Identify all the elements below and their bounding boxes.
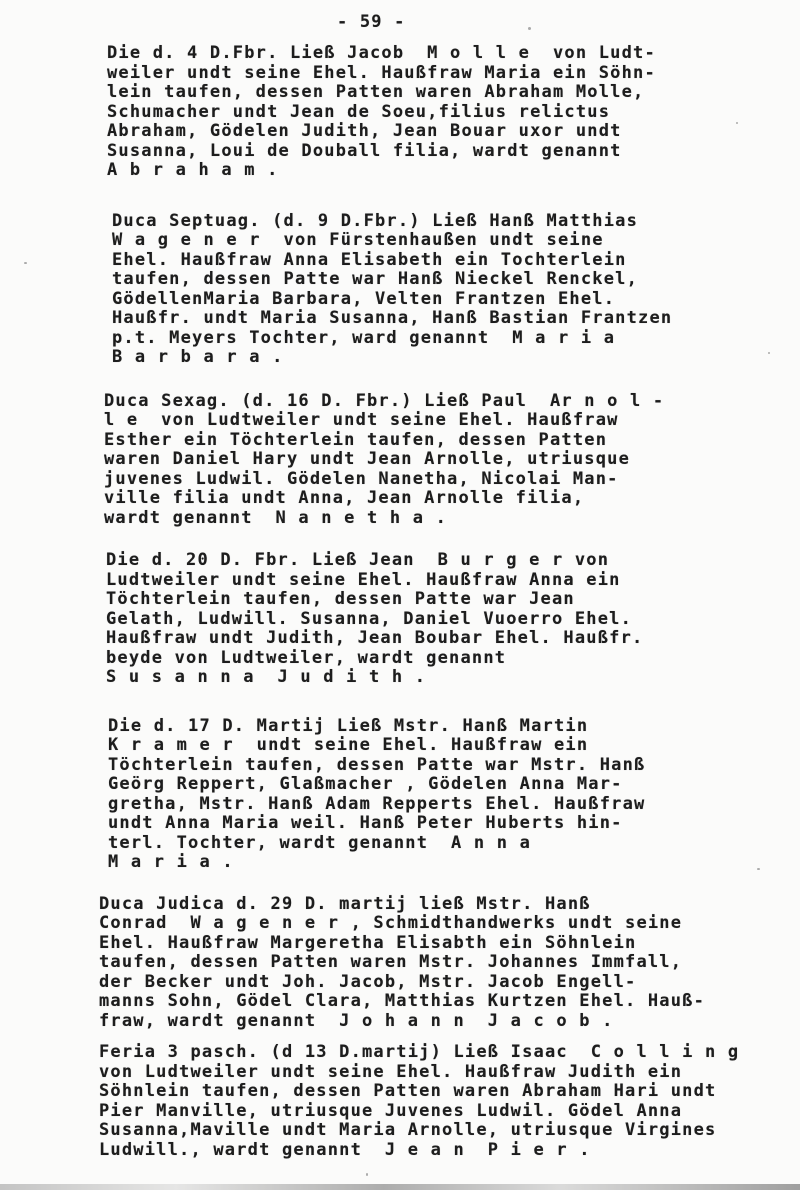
- text-line: Töchterlein taufen, dessen Patte war Jea…: [106, 590, 800, 610]
- text-line: Ludwill., wardt genannt J e a n P i e r …: [99, 1141, 800, 1161]
- text-line: wardt genannt N a n e t h a .: [104, 509, 800, 529]
- page-body: Die d. 4 D.Fbr. Ließ Jacob M o l l e von…: [0, 44, 800, 1160]
- text-line: lein taufen, dessen Patten waren Abraham…: [107, 83, 800, 103]
- paragraph-3: Duca Sexag. (d. 16 D. Fbr.) Ließ Paul Ar…: [104, 392, 800, 529]
- text-line: manns Sohn, Gödel Clara, Matthias Kurtze…: [99, 992, 800, 1012]
- text-line: Susanna,Maville undt Maria Arnolle, utri…: [99, 1121, 800, 1141]
- text-line: Ehel. Haußfraw Margeretha Elisabth ein S…: [99, 934, 800, 954]
- text-line: W a g e n e r von Fürstenhaußen undt sei…: [112, 231, 800, 251]
- text-line: taufen, dessen Patten waren Mstr. Johann…: [99, 953, 800, 973]
- text-line: juvenes Ludwil. Gödelen Nanetha, Nicolai…: [104, 470, 800, 490]
- text-line: Söhnlein taufen, dessen Patten waren Abr…: [99, 1082, 800, 1102]
- text-line: Schumacher undt Jean de Soeu,filius reli…: [107, 103, 800, 123]
- text-line: Die d. 4 D.Fbr. Ließ Jacob M o l l e von…: [107, 44, 800, 64]
- text-line: undt Anna Maria weil. Hanß Peter Huberts…: [108, 814, 800, 834]
- text-line: waren Daniel Hary undt Jean Arnolle, utr…: [104, 450, 800, 470]
- text-line: Haußfr. undt Maria Susanna, Hanß Bastian…: [112, 309, 800, 329]
- text-line: terl. Tochter, wardt genannt A n n a: [108, 834, 800, 854]
- text-line: Gelath, Ludwill. Susanna, Daniel Vuoerro…: [106, 610, 800, 630]
- text-line: Susanna, Loui de Douball filia, wardt ge…: [107, 142, 800, 162]
- text-line: der Becker undt Joh. Jacob, Mstr. Jacob …: [99, 973, 800, 993]
- text-line: Duca Judica d. 29 D. martij ließ Mstr. H…: [99, 895, 800, 915]
- text-line: Töchterlein taufen, dessen Patte war Mst…: [108, 756, 800, 776]
- text-line: M a r i a .: [108, 853, 800, 873]
- text-line: Duca Septuag. (d. 9 D.Fbr.) Ließ Hanß Ma…: [112, 212, 800, 232]
- text-line: B a r b a r a .: [112, 348, 800, 368]
- text-line: Conrad W a g e n e r , Schmidthandwerks …: [99, 914, 800, 934]
- paragraph-4: Die d. 20 D. Fbr. Ließ Jean B u r g e r …: [106, 551, 800, 688]
- scan-noise: [366, 1173, 368, 1176]
- scan-noise: [24, 262, 27, 264]
- text-line: Esther ein Töchterlein taufen, dessen Pa…: [104, 431, 800, 451]
- scan-noise: [757, 868, 760, 870]
- text-line: ville filia undt Anna, Jean Arnolle fili…: [104, 489, 800, 509]
- scan-noise: [768, 352, 770, 354]
- text-line: A b r a h a m .: [107, 161, 800, 181]
- text-line: Die d. 20 D. Fbr. Ließ Jean B u r g e r …: [106, 551, 800, 571]
- text-line: fraw, wardt genannt J o h a n n J a c o …: [99, 1012, 800, 1032]
- paragraph-7: Feria 3 pasch. (d 13 D.martij) Ließ Isaa…: [99, 1043, 800, 1160]
- text-line: l e von Ludtweiler undt seine Ehel. Hauß…: [104, 411, 800, 431]
- text-line: von Ludtweiler undt seine Ehel. Haußfraw…: [99, 1063, 800, 1083]
- text-line: Ehel. Haußfraw Anna Elisabeth ein Tochte…: [112, 251, 800, 271]
- paragraph-2: Duca Septuag. (d. 9 D.Fbr.) Ließ Hanß Ma…: [112, 212, 800, 368]
- text-line: S u s a n n a J u d i t h .: [106, 668, 800, 688]
- text-line: Geörg Reppert, Glaßmacher , Gödelen Anna…: [108, 775, 800, 795]
- text-line: taufen, dessen Patte war Hanß Nieckel Re…: [112, 270, 800, 290]
- text-line: weiler undt seine Ehel. Haußfraw Maria e…: [107, 64, 800, 84]
- text-line: Abraham, Gödelen Judith, Jean Bouar uxor…: [107, 122, 800, 142]
- text-line: beyde von Ludtweiler, wardt genannt: [106, 649, 800, 669]
- text-line: gretha, Mstr. Hanß Adam Repperts Ehel. H…: [108, 795, 800, 815]
- scanned-document-page: - 59 - Die d. 4 D.Fbr. Ließ Jacob M o l …: [0, 0, 800, 1190]
- scan-noise: [736, 122, 738, 124]
- scan-noise: [528, 27, 531, 30]
- paragraph-1: Die d. 4 D.Fbr. Ließ Jacob M o l l e von…: [107, 44, 800, 181]
- scan-page-edge: [0, 1184, 800, 1190]
- paragraph-5: Die d. 17 D. Martij Ließ Mstr. Hanß Mart…: [108, 717, 800, 873]
- text-line: Haußfraw undt Judith, Jean Boubar Ehel. …: [106, 629, 800, 649]
- text-line: Feria 3 pasch. (d 13 D.martij) Ließ Isaa…: [99, 1043, 800, 1063]
- text-line: Pier Manville, utriusque Juvenes Ludwil.…: [99, 1102, 800, 1122]
- text-line: p.t. Meyers Tochter, ward genannt M a r …: [112, 329, 800, 349]
- text-line: GödellenMaria Barbara, Velten Frantzen E…: [112, 290, 800, 310]
- text-line: Die d. 17 D. Martij Ließ Mstr. Hanß Mart…: [108, 717, 800, 737]
- page-number: - 59 -: [337, 12, 406, 32]
- text-line: Duca Sexag. (d. 16 D. Fbr.) Ließ Paul Ar…: [104, 392, 800, 412]
- text-line: K r a m e r undt seine Ehel. Haußfraw ei…: [108, 736, 800, 756]
- paragraph-6: Duca Judica d. 29 D. martij ließ Mstr. H…: [99, 895, 800, 1032]
- text-line: Ludtweiler undt seine Ehel. Haußfraw Ann…: [106, 571, 800, 591]
